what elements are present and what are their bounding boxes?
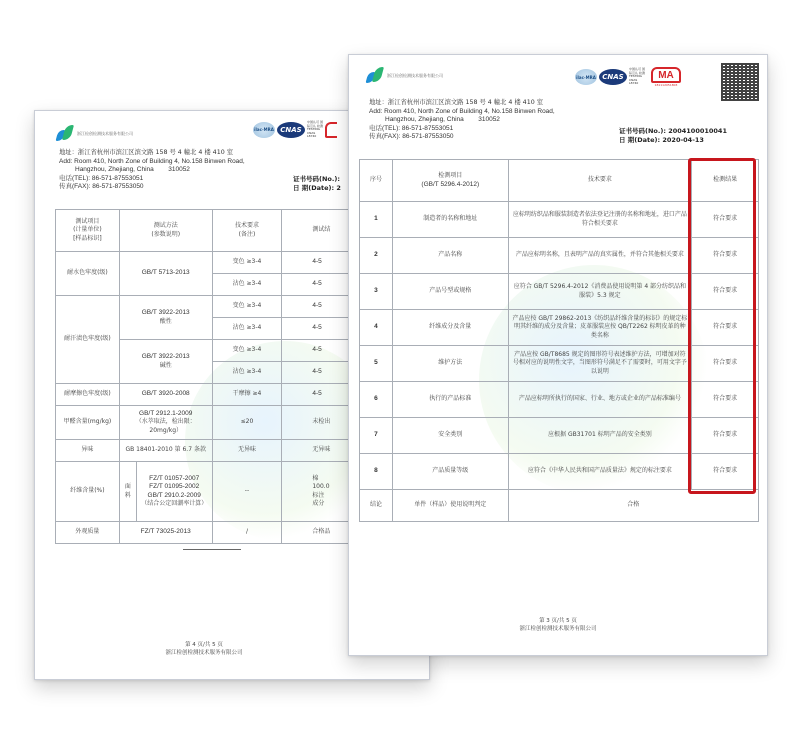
conclusion-row: 结论 单件（样品）使用说明判定 合格 [360, 490, 759, 522]
cert-no: 证书号码(No.): 2004100010041 [619, 127, 727, 136]
ilac-mra-badge-icon: ilac-MRA [253, 122, 275, 138]
result-cell: 符合要求 [692, 454, 759, 490]
table-row: 3 产品号型或规格 应符合 GB/T 5296.4-2012《消费品使用说明第 … [360, 274, 759, 310]
page-footer: 第 4 页/共 5 页 浙江检创检测技术服务有限公司 [7, 641, 401, 657]
cert-info: 证书号码(No.): 2004100010041 日 期(Date): 2020… [619, 127, 727, 145]
address-cn: 地址：浙江省杭州市滨江区滨文路 158 号 4 幢北 4 楼 410 室 [59, 149, 245, 158]
conclusion-value: 合格 [508, 490, 758, 522]
header-method: 测试方法 (参数说明) [119, 210, 212, 252]
table-row: 2 产品名称 产品应标明名称，且表明产品的真实属性，并符合其他相关要求 符合要求 [360, 238, 759, 274]
qr-code-icon[interactable] [721, 63, 759, 101]
address-city: Hangzhou, Zhejiang, China 310052 [369, 116, 555, 125]
footer-company: 浙江检创检测技术服务有限公司 [7, 649, 401, 657]
table-row: 6 执行的产品标准 产品应标明所执行的国家、行业、地方或企业的产品标准编号 符合… [360, 382, 759, 418]
accreditation-badges: ilac-MRA CNAS 中国认可 国际互认 检测 TESTING CNAS … [575, 67, 681, 87]
conclusion-item: 单件（样品）使用说明判定 [392, 490, 508, 522]
report-page-3: 浙江检创检测技术服务有限公司 ilac-MRA CNAS 中国认可 国际互认 检… [348, 54, 768, 656]
fax: 传真(FAX): 86-571-87553050 [59, 183, 245, 192]
fax: 传真(FAX): 86-571-87553050 [369, 133, 555, 142]
header-requirement: 技术要求 [508, 160, 692, 202]
header-item: 检测项目(GB/T 5296.4-2012) [392, 160, 508, 202]
company-logo: 浙江检创检测技术服务有限公司 [367, 67, 443, 83]
table-row: 8 产品质量等级 应符合《中华人民共和国产品质量法》规定的标注要求 符合要求 [360, 454, 759, 490]
address-cn: 地址：浙江省杭州市滨江区滨文路 158 号 4 幢北 4 楼 410 室 [369, 99, 555, 108]
footer-company: 浙江检创检测技术服务有限公司 [349, 625, 767, 633]
table-row: 5 维护方法 产品应按 GB/T8685 规定的图形符号表述维护方法，可增加对符… [360, 346, 759, 382]
result-cell: 符合要求 [692, 382, 759, 418]
date-label: 日 期(Date): 2 [293, 184, 341, 193]
cert-info: 证书号码(No.): 日 期(Date): 2 [293, 175, 341, 193]
cma-badge-icon: MA [651, 67, 681, 83]
result-cell: 符合要求 [692, 202, 759, 238]
page-number: 第 3 页/共 5 页 [349, 617, 767, 625]
address-city: Hangzhou, Zhejiang, China 310052 [59, 166, 245, 175]
report-date: 日 期(Date): 2020-04-13 [619, 136, 727, 145]
header-no: 序号 [360, 160, 393, 202]
result-cell: 符合要求 [692, 346, 759, 382]
company-address: 地址：浙江省杭州市滨江区滨文路 158 号 4 幢北 4 楼 410 室 Add… [369, 99, 555, 142]
result-cell: 符合要求 [692, 310, 759, 346]
company-address: 地址：浙江省杭州市滨江区滨文路 158 号 4 幢北 4 楼 410 室 Add… [59, 149, 245, 192]
accreditation-badges: ilac-MRA CNAS 中国认可 国际互认 检测 TESTING CNAS … [253, 121, 337, 139]
cnas-caption: 中国认可 国际互认 检测 TESTING CNAS L8740 [629, 68, 645, 86]
company-logo-icon [367, 67, 383, 83]
page-footer: 第 3 页/共 5 页 浙江检创检测技术服务有限公司 [349, 617, 767, 633]
ilac-mra-badge-icon: ilac-MRA [575, 69, 597, 85]
conclusion-label: 结论 [360, 490, 393, 522]
header-item: 测试项目 (计量单位) [样品标识] [56, 210, 120, 252]
address-en: Add: Room 410, North Zone of Building 4,… [369, 108, 555, 117]
company-logo: 浙江检创检测技术服务有限公司 [57, 125, 133, 141]
cert-no-label: 证书号码(No.): [293, 175, 341, 184]
cma-badge-icon [325, 122, 337, 138]
cnas-caption: 中国认可 国际互认 检测 TESTING CNAS L8740 [307, 121, 323, 139]
cnas-badge-icon: CNAS [599, 69, 627, 85]
label-inspection-table: 序号 检测项目(GB/T 5296.4-2012) 技术要求 检测结果 1 制造… [359, 159, 759, 522]
result-cell: 符合要求 [692, 274, 759, 310]
result-cell: 符合要求 [692, 238, 759, 274]
table-row: 4 纤维成分及含量 产品应按 GB/T 29862-2013《纺织品纤维含量的标… [360, 310, 759, 346]
result-cell: 符合要求 [692, 418, 759, 454]
company-logo-icon [57, 125, 73, 141]
table-row: 1 制造者的名称和地址 应标明纺织品和服装制造者依法登记注册的名称和地址，进口产… [360, 202, 759, 238]
page-number: 第 4 页/共 5 页 [7, 641, 401, 649]
cnas-badge-icon: CNAS [277, 122, 305, 138]
header-requirement: 技术要求 (备注) [212, 210, 282, 252]
company-name: 浙江检创检测技术服务有限公司 [77, 131, 133, 136]
header-result: 检测结果 [692, 160, 759, 202]
table-row: 7 安全类别 应根据 GB31701 标明产品的安全类别 符合要求 [360, 418, 759, 454]
table-header: 序号 检测项目(GB/T 5296.4-2012) 技术要求 检测结果 [360, 160, 759, 202]
address-en: Add: Room 410, North Zone of Building 4,… [59, 158, 245, 167]
company-name: 浙江检创检测技术服务有限公司 [387, 73, 443, 78]
end-of-table-mark [183, 549, 241, 550]
cma-number: 181112051803 [655, 83, 678, 87]
